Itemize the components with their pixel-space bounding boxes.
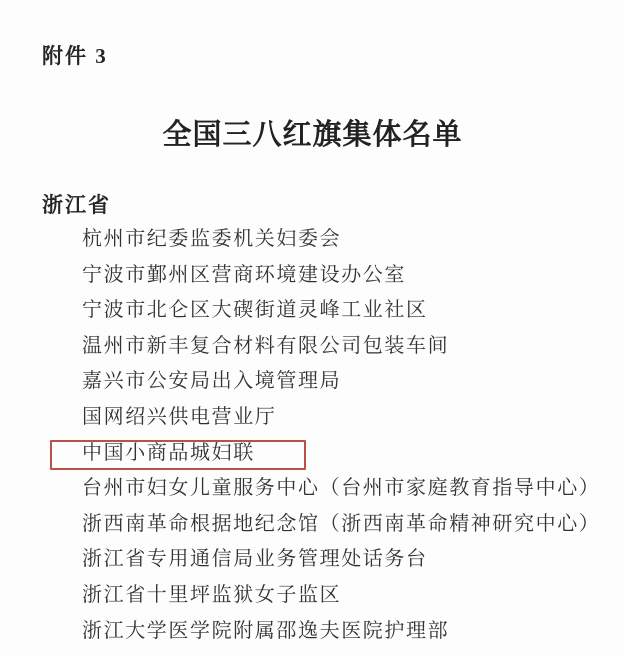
list-item: 浙江省专用通信局业务管理处话务台 bbox=[0, 542, 625, 578]
list-item: 嘉兴市公安局出入境管理局 bbox=[0, 364, 625, 400]
list-item-text: 中国小商品城妇联 bbox=[82, 442, 255, 464]
organization-list: 杭州市纪委监委机关妇委会 宁波市鄞州区营商环境建设办公室 宁波市北仑区大碶街道灵… bbox=[0, 222, 625, 649]
list-item: 浙江省十里坪监狱女子监区 bbox=[0, 578, 625, 614]
list-item-text: 浙江省十里坪监狱女子监区 bbox=[82, 584, 341, 606]
list-item-text: 宁波市鄞州区营商环境建设办公室 bbox=[82, 264, 406, 286]
list-item: 宁波市鄞州区营商环境建设办公室 bbox=[0, 258, 625, 294]
list-item: 温州市新丰复合材料有限公司包装车间 bbox=[0, 329, 625, 365]
list-item-text: 浙江大学医学院附属邵逸夫医院护理部 bbox=[82, 620, 449, 642]
list-item-text: 温州市新丰复合材料有限公司包装车间 bbox=[82, 335, 449, 357]
document-title: 全国三八红旗集体名单 bbox=[0, 112, 625, 153]
document-page: 附件 3 全国三八红旗集体名单 浙江省 杭州市纪委监委机关妇委会 宁波市鄞州区营… bbox=[0, 0, 625, 657]
list-item: 宁波市北仑区大碶街道灵峰工业社区 bbox=[0, 293, 625, 329]
list-item-text: 杭州市纪委监委机关妇委会 bbox=[82, 228, 341, 250]
section-heading-province: 浙江省 bbox=[42, 189, 111, 219]
list-item: 浙江大学医学院附属邵逸夫医院护理部 bbox=[0, 614, 625, 650]
list-item: 国网绍兴供电营业厅 bbox=[0, 400, 625, 436]
list-item-text: 国网绍兴供电营业厅 bbox=[82, 406, 276, 428]
list-item-text: 浙西南革命根据地纪念馆（浙西南革命精神研究中心） bbox=[82, 513, 600, 535]
list-item: 浙西南革命根据地纪念馆（浙西南革命精神研究中心） bbox=[0, 507, 625, 543]
attachment-label: 附件 3 bbox=[42, 40, 108, 70]
list-item: 台州市妇女儿童服务中心（台州市家庭教育指导中心） bbox=[0, 471, 625, 507]
list-item-text: 台州市妇女儿童服务中心（台州市家庭教育指导中心） bbox=[82, 477, 600, 499]
list-item-text: 嘉兴市公安局出入境管理局 bbox=[82, 370, 341, 392]
list-item-text: 宁波市北仑区大碶街道灵峰工业社区 bbox=[82, 299, 428, 321]
list-item-text: 浙江省专用通信局业务管理处话务台 bbox=[82, 548, 428, 570]
list-item-highlighted: 中国小商品城妇联 bbox=[0, 436, 625, 472]
list-item: 杭州市纪委监委机关妇委会 bbox=[0, 222, 625, 258]
